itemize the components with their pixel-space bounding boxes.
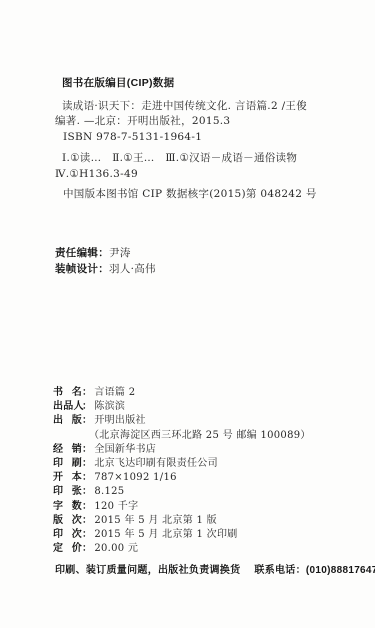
credit-colon: ： bbox=[98, 263, 109, 275]
colophon-colon: ： bbox=[82, 529, 92, 540]
colophon-value: 言语篇 2 bbox=[94, 387, 135, 398]
colophon-colon: ： bbox=[82, 501, 92, 512]
colophon-label: 字数 bbox=[53, 500, 82, 514]
cip-classification-line-2: Ⅳ.①H136.3-49 bbox=[55, 167, 361, 183]
colophon-row-address: （北京海淀区西三环北路 25 号 邮编 100089） bbox=[53, 429, 311, 443]
colophon-colon: ： bbox=[82, 415, 92, 426]
colophon-row-sheets: 印张：8.125 bbox=[53, 485, 311, 499]
colophon-label: 出版 bbox=[53, 414, 82, 428]
colophon-row-title: 书名：言语篇 2 bbox=[53, 386, 311, 400]
cip-isbn-line: ISBN 978-7-5131-1964-1 bbox=[55, 130, 361, 146]
colophon-value: 开明出版社 bbox=[94, 415, 146, 426]
colophon-label: 印次 bbox=[53, 528, 82, 542]
colophon-value: 全国新华书店 bbox=[94, 444, 156, 455]
colophon-colon: ： bbox=[82, 444, 92, 455]
colophon-label: 定价 bbox=[53, 542, 82, 556]
colophon-row-format: 开本：787×1092 1/16 bbox=[53, 471, 311, 485]
credits-block: 责任编辑：尹涛 装帧设计：羽人·高伟 bbox=[55, 245, 156, 277]
colophon-value: 陈滨滨 bbox=[94, 401, 125, 412]
credit-colon: ： bbox=[98, 247, 109, 259]
colophon-label: 印张 bbox=[53, 485, 82, 499]
colophon-label: 经销 bbox=[53, 443, 82, 457]
colophon-label: 开本 bbox=[53, 471, 82, 485]
cip-header: 图书在版编目(CIP)数据 bbox=[55, 76, 361, 92]
colophon-value: 120 千字 bbox=[94, 501, 138, 512]
credit-value: 羽人·高伟 bbox=[109, 263, 156, 275]
cip-record-line-1: 读成语·识天下：走进中国传统文化. 言语篇.2 /王俊 bbox=[55, 99, 361, 115]
colophon-row-printer: 印刷：北京飞达印刷有限责任公司 bbox=[53, 457, 311, 471]
colophon-value: 8.125 bbox=[94, 486, 124, 497]
colophon-row-edition: 版次：2015 年 5 月 北京第 1 版 bbox=[53, 514, 311, 528]
colophon-row-impression: 印次：2015 年 5 月 北京第 1 次印刷 bbox=[53, 528, 311, 542]
credit-label: 装帧设计 bbox=[55, 263, 98, 275]
contact-phone: 联系电话：(010)88817647 bbox=[254, 565, 375, 576]
credit-row-designer: 装帧设计：羽人·高伟 bbox=[55, 261, 156, 277]
colophon-block: 书名：言语篇 2 出品人：陈滨滨 出版：开明出版社 （北京海淀区西三环北路 25… bbox=[53, 386, 311, 556]
colophon-row-producer: 出品人：陈滨滨 bbox=[53, 400, 311, 414]
cip-classification-line-1: Ⅰ.①读… Ⅱ.①王… Ⅲ.①汉语－成语－通俗读物 bbox=[55, 151, 361, 167]
colophon-value: 2015 年 5 月 北京第 1 版 bbox=[94, 515, 217, 526]
colophon-label: 书名 bbox=[53, 386, 82, 400]
credit-label: 责任编辑 bbox=[55, 247, 98, 259]
colophon-row-wordcount: 字数：120 千字 bbox=[53, 500, 311, 514]
colophon-label: 版次 bbox=[53, 514, 82, 528]
colophon-value: 2015 年 5 月 北京第 1 次印刷 bbox=[94, 529, 237, 540]
colophon-colon: ： bbox=[82, 543, 92, 554]
colophon-row-distributor: 经销：全国新华书店 bbox=[53, 443, 311, 457]
credit-row-editor: 责任编辑：尹涛 bbox=[55, 245, 156, 261]
colophon-label: 印刷 bbox=[53, 457, 82, 471]
colophon-colon: ： bbox=[82, 472, 92, 483]
colophon-colon: ： bbox=[82, 401, 92, 412]
footer-note-line: 印刷、装订质量问题，出版社负责调换货联系电话：(010)88817647 bbox=[55, 564, 375, 578]
colophon-row-price: 定价：20.00 元 bbox=[53, 542, 311, 556]
colophon-value: 787×1092 1/16 bbox=[94, 472, 176, 483]
colophon-colon: ： bbox=[82, 515, 92, 526]
colophon-value: 20.00 元 bbox=[94, 543, 138, 554]
credit-value: 尹涛 bbox=[109, 247, 131, 259]
cip-record-line-2: 编著. —北京：开明出版社，2015.3 bbox=[55, 114, 361, 130]
colophon-row-publisher: 出版：开明出版社 bbox=[53, 414, 311, 428]
copyright-page: 图书在版编目(CIP)数据 读成语·识天下：走进中国传统文化. 言语篇.2 /王… bbox=[0, 0, 375, 628]
colophon-colon: ： bbox=[82, 387, 92, 398]
colophon-label: 出品人 bbox=[53, 400, 82, 414]
colophon-value: 北京飞达印刷有限责任公司 bbox=[94, 458, 218, 469]
cip-registry-line: 中国版本图书馆 CIP 数据核字(2015)第 048242 号 bbox=[55, 187, 361, 203]
colophon-colon: ： bbox=[82, 486, 92, 497]
quality-note: 印刷、装订质量问题，出版社负责调换货 bbox=[55, 565, 240, 576]
colophon-value: （北京海淀区西三环北路 25 号 邮编 100089） bbox=[89, 430, 311, 441]
cip-block: 图书在版编目(CIP)数据 读成语·识天下：走进中国传统文化. 言语篇.2 /王… bbox=[55, 76, 361, 203]
colophon-colon: ： bbox=[82, 458, 92, 469]
